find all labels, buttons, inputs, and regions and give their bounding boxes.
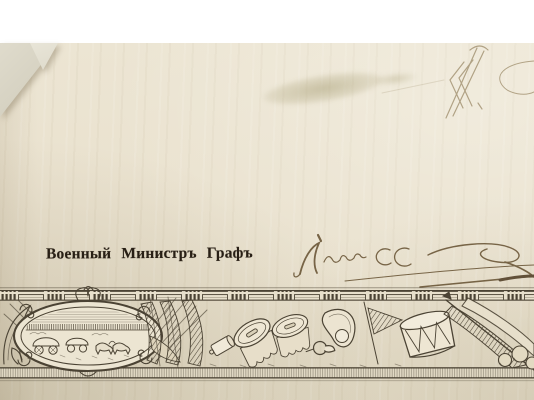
pencil-marks (382, 46, 534, 118)
screenshot-root: Военный Министръ Графъ (0, 0, 534, 400)
printed-title-line: Военный Министръ Графъ (46, 245, 253, 262)
handwritten-signature (294, 235, 534, 287)
border-top-rule (0, 287, 534, 300)
document-photo: Военный Министръ Графъ (0, 43, 534, 400)
engraved-border (0, 284, 534, 384)
bugle-icon (306, 339, 336, 357)
kettledrum-icon (229, 313, 285, 369)
horse-collar-icon (322, 309, 355, 346)
eagle-pennant-icon (364, 302, 402, 364)
canteen-icon (207, 335, 236, 359)
ground-hatch (210, 364, 401, 367)
printed-text: Военный Министръ Графъ (46, 244, 253, 262)
hanging-pennants-icon (141, 297, 203, 368)
